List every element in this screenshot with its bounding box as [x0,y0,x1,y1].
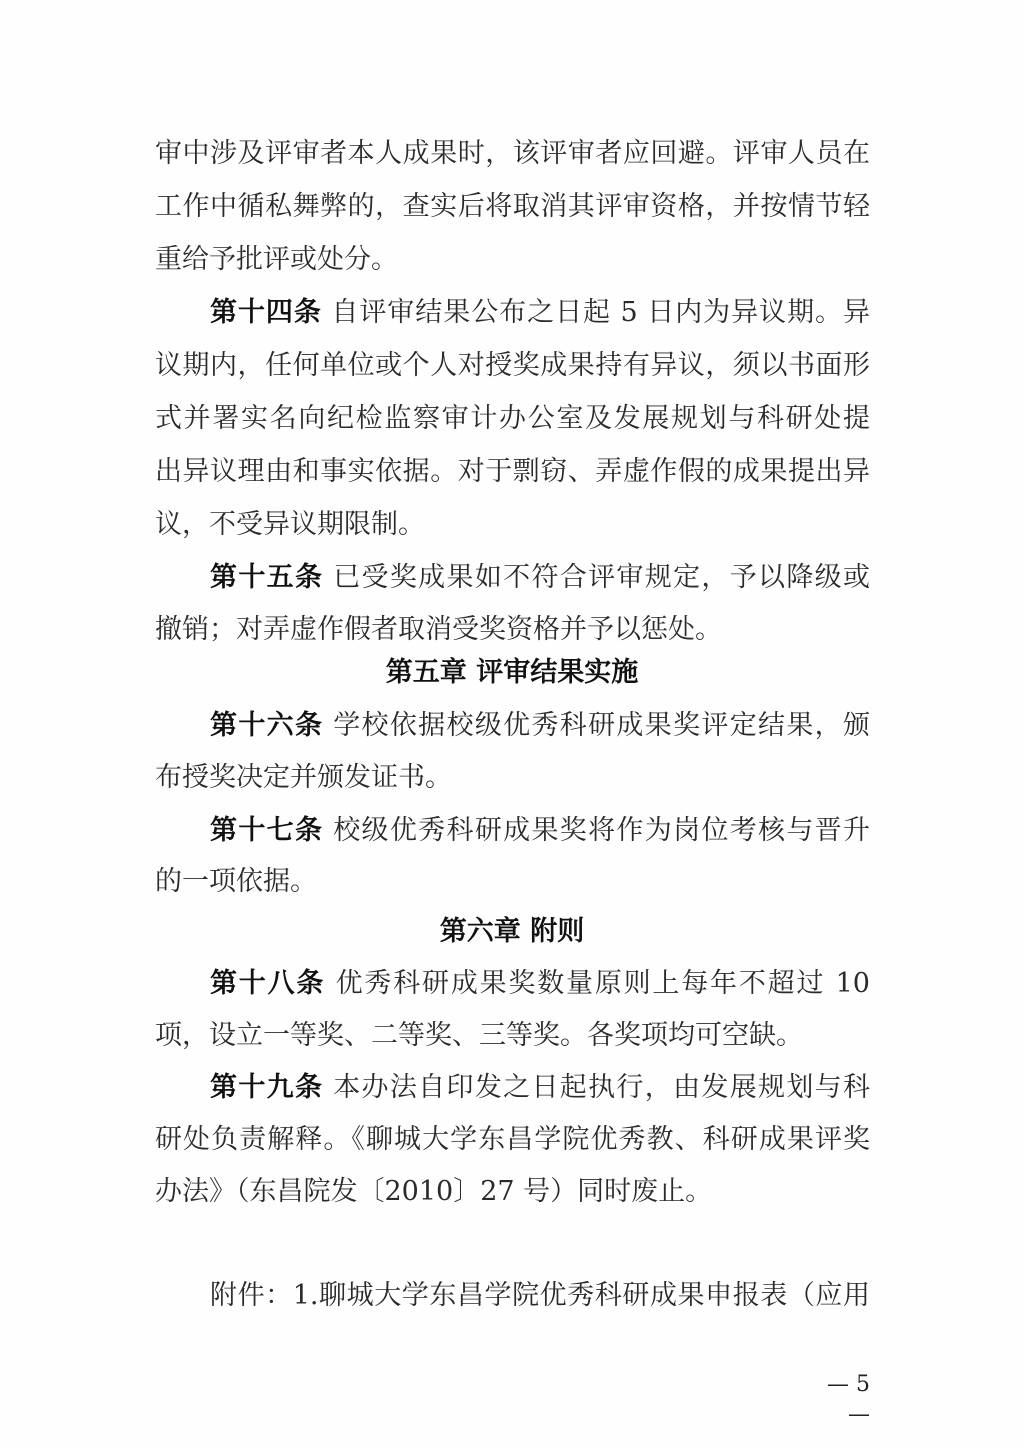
paragraph-line: 议，不受异议期限制。 [155,505,870,545]
chapter-heading: 第六章 附则 [0,912,1024,952]
article-label: 第十六条 [210,710,323,741]
paragraph-line: 审中涉及评审者本人成果时，该评审者应回避。评审人员在 [155,134,870,174]
attachment-line: 附件：1.聊城大学东昌学院优秀科研成果申报表（应用 [210,1276,870,1316]
paragraph-line: 研处负责解释。《聊城大学东昌学院优秀教、科研成果评奖 [155,1120,870,1160]
article-19-first-line: 第十九条 本办法自印发之日起执行，由发展规划与科 [210,1068,870,1108]
page-number: — 5 — [810,1370,870,1430]
paragraph-line: 式并署实名向纪检监察审计办公室及发展规划与科研处提 [155,399,870,439]
article-label: 第十七条 [210,815,323,846]
document-page: 审中涉及评审者本人成果时，该评审者应回避。评审人员在 工作中循私舞弊的，查实后将… [0,0,1024,1448]
paragraph-line: 议期内，任何单位或个人对授奖成果持有异议，须以书面形 [155,346,870,386]
paragraph-line: 出异议理由和事实依据。对于剽窃、弄虚作假的成果提出异 [155,452,870,492]
article-14-first-line: 第十四条 自评审结果公布之日起 5 日内为异议期。异 [210,293,870,333]
paragraph-line: 撤销；对弄虚作假者取消受奖资格并予以惩处。 [155,610,870,650]
paragraph-line: 的一项依据。 [155,862,870,902]
paragraph-line: 项，设立一等奖、二等奖、三等奖。各奖项均可空缺。 [155,1016,870,1056]
paragraph-line: 工作中循私舞弊的，查实后将取消其评审资格，并按情节轻 [155,187,870,227]
article-18-first-line: 第十八条 优秀科研成果奖数量原则上每年不超过 10 [210,964,870,1004]
paragraph-line: 办法》（东昌院发〔2010〕27 号）同时废止。 [155,1172,870,1212]
article-17-first-line: 第十七条 校级优秀科研成果奖将作为岗位考核与晋升 [210,811,870,851]
article-label: 第十四条 [210,297,322,328]
article-label: 第十八条 [210,968,325,999]
paragraph-line: 布授奖决定并颁发证书。 [155,758,870,798]
article-15-first-line: 第十五条 已受奖成果如不符合评审规定，予以降级或 [210,558,870,598]
paragraph-line: 重给予批评或处分。 [155,240,870,280]
article-16-first-line: 第十六条 学校依据校级优秀科研成果奖评定结果，颁 [210,706,870,746]
article-label: 第十五条 [210,562,323,593]
article-label: 第十九条 [210,1072,323,1103]
chapter-heading: 第五章 评审结果实施 [0,653,1024,693]
